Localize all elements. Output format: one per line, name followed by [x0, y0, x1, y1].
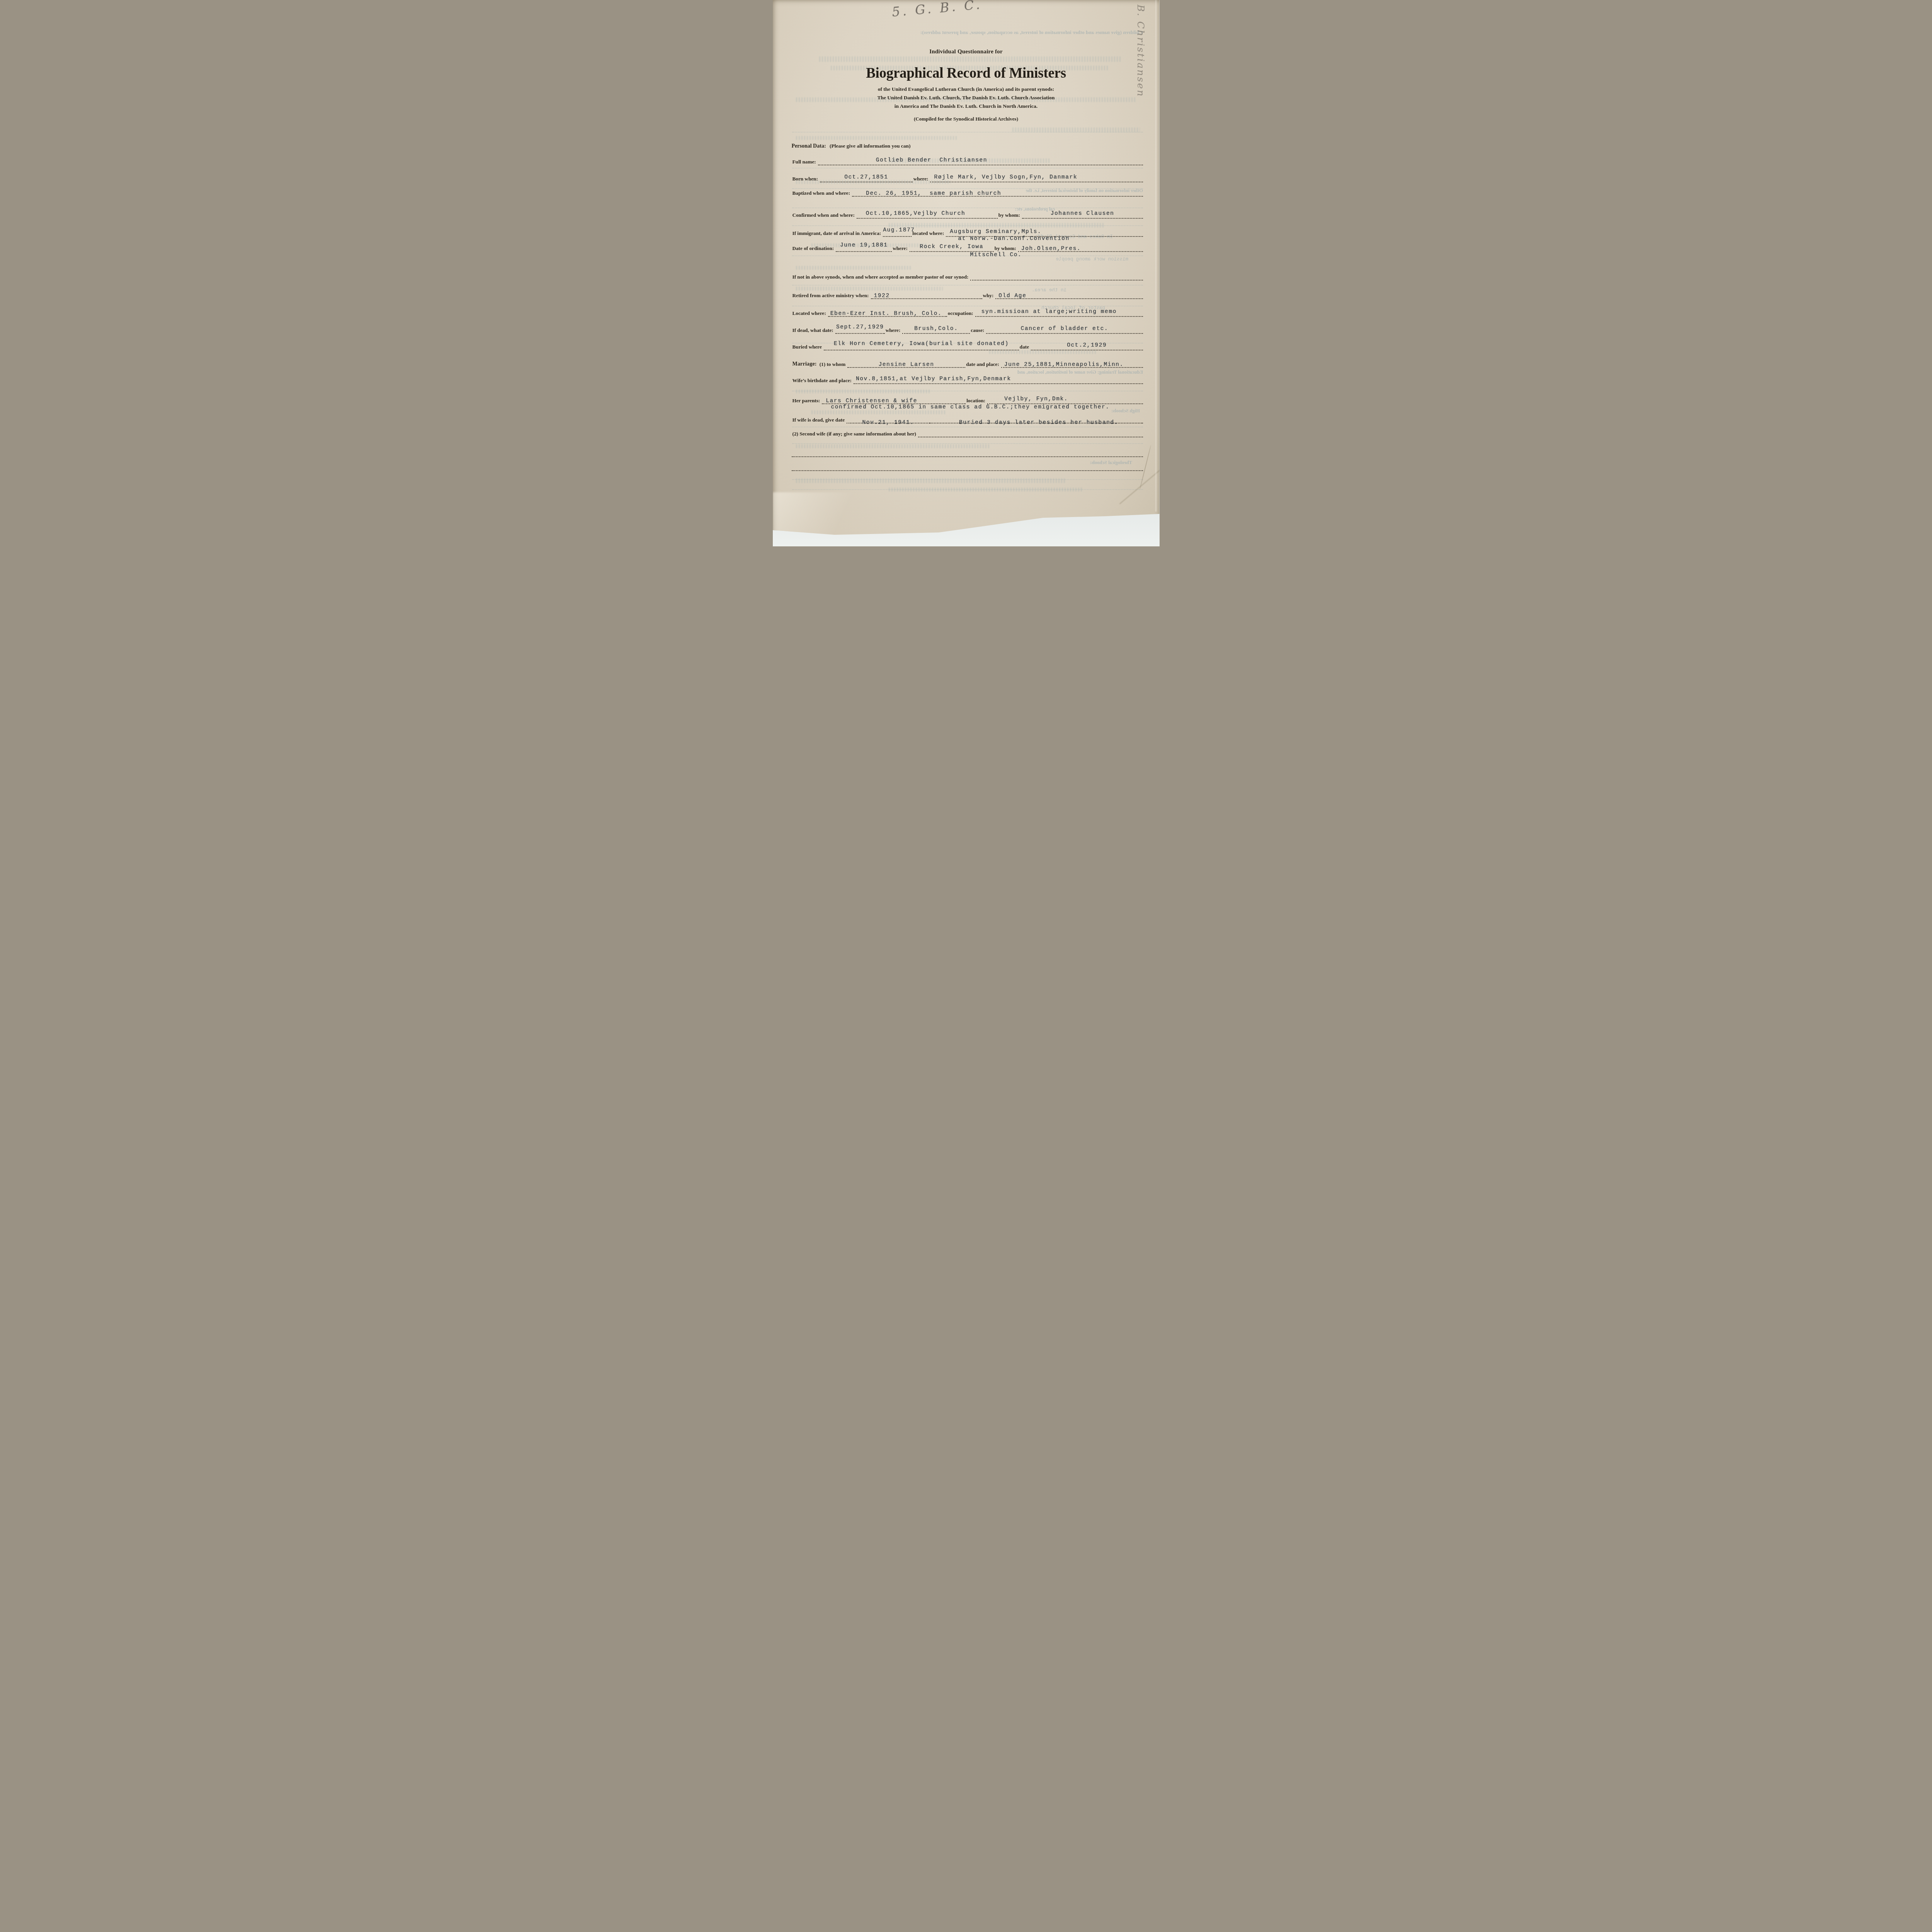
typed-answer: syn.missioan at large;writing memo — [975, 309, 1117, 315]
form-row-born: Born when:Oct.27,1851where:Røjle Mark, V… — [792, 175, 1143, 182]
dotted-leader: June 25,1881,Minneapolis,Minn. — [1001, 361, 1143, 368]
form-row-baptized: Baptized when and where:Dec. 26, 1951, s… — [792, 189, 1143, 197]
dotted-leader: 1922 — [871, 292, 982, 299]
field-label: Marriage: — [792, 361, 819, 368]
typed-answer: Nov.21, 1941. — [847, 420, 930, 426]
dotted-leader: Brush,Colo. — [902, 327, 970, 334]
dotted-leader: Joh.Olsen,Pres. — [1018, 245, 1143, 252]
typed-answer: June 19,1881 — [836, 242, 892, 248]
dotted-leader: Jensine Larsen — [847, 361, 965, 368]
field-label: Date of ordination: — [792, 245, 836, 252]
form-row-second-wife: (2) Second wife (if any; give same infor… — [792, 430, 1143, 437]
dotted-leader: Gotlieb Bender Christiansen — [818, 158, 1143, 165]
field-label: If immigrant, date of arrival in America… — [792, 230, 883, 237]
typed-answer: Oct.27,1851 — [820, 174, 913, 180]
form-row-ordination: Date of ordination:June 19,1881where:Roc… — [792, 244, 1143, 252]
field-label: cause: — [970, 327, 986, 334]
dotted-leader: Old Age — [995, 292, 1143, 299]
typed-answer: June 25,1881,Minneapolis,Minn. — [1001, 362, 1124, 368]
dotted-leader: Oct.10,1865,Vejlby Church — [857, 212, 998, 219]
field-label: by whom: — [994, 245, 1018, 252]
typed-answer: Oct.10,1865,Vejlby Church — [857, 211, 998, 217]
typed-answer: Sept.27,1929 — [835, 324, 885, 330]
typed-answer: Buried 3 days later besides her husband. — [930, 420, 1143, 426]
typed-answer-line-confirmed-class: confirmed Oct.10,1865 in same class ad G… — [831, 404, 1110, 410]
field-label: location: — [966, 397, 987, 404]
dotted-leader — [970, 274, 1143, 281]
typed-answer: Cancer of bladder etc. — [986, 326, 1143, 332]
typed-answer: Augsburg Seminary,Mpls. — [946, 229, 1143, 235]
field-label: where: — [892, 245, 910, 252]
field-label: date and place: — [965, 361, 1001, 368]
form-row-marriage: Marriage:(1) to whomJensine Larsendate a… — [792, 360, 1143, 368]
dotted-leader: Sept.27,1929 — [835, 327, 885, 334]
dotted-leader — [792, 464, 1143, 471]
field-label: Baptized when and where: — [792, 190, 852, 197]
typed-answer: Vejlby, Fyn,Dmk. — [987, 396, 1143, 402]
typed-answer: Rock Creek, Iowa — [910, 244, 994, 250]
scanned-document-page: Children (give names and other informati… — [773, 0, 1160, 546]
dotted-leader: Oct.2,1929 — [1031, 344, 1143, 350]
field-label: If dead, what date: — [792, 327, 835, 334]
field-label: by whom: — [998, 212, 1022, 219]
typed-answer: Oct.2,1929 — [1031, 342, 1143, 349]
field-label: Buried where — [792, 344, 824, 350]
dotted-leader: Johannes Clausen — [1022, 212, 1143, 219]
paper-sheet: Children (give names and other informati… — [773, 0, 1160, 546]
form-row-buried: Buried whereElk Horn Cemetery, Iowa(buri… — [792, 343, 1143, 350]
dotted-leader: Cancer of bladder etc. — [986, 327, 1143, 334]
form-row-wife-birth: Wife’s birthdate and place:Nov.8,1851,at… — [792, 376, 1143, 384]
field-label: Wife’s birthdate and place: — [792, 377, 854, 384]
field-label: Her parents: — [792, 397, 822, 404]
dotted-leader: Røjle Mark, Vejlby Sogn,Fyn, Danmark — [930, 175, 1143, 182]
form-row-parents: Her parents:Lars Christensen & wifelocat… — [792, 396, 1143, 404]
dotted-leader: Rock Creek, Iowa — [910, 245, 994, 252]
typed-answer: Elk Horn Cemetery, Iowa(burial site dona… — [824, 341, 1019, 347]
typed-answer: 1922 — [871, 293, 982, 299]
field-label: occupation: — [947, 310, 975, 317]
dotted-leader: Nov.21, 1941. — [847, 417, 930, 423]
field-label: Full name: — [792, 158, 818, 165]
field-label: If not in above synods, when and where a… — [792, 274, 971, 281]
field-label: why: — [982, 292, 996, 299]
typed-answer: Joh.Olsen,Pres. — [1018, 246, 1143, 252]
field-label: Located where: — [792, 310, 828, 317]
typed-answer: Røjle Mark, Vejlby Sogn,Fyn, Danmark — [930, 174, 1143, 180]
typed-answer: Old Age — [995, 293, 1143, 299]
typed-answer: Gotlieb Bender Christiansen — [818, 157, 1143, 163]
typed-answer: Aug.1877 — [883, 227, 912, 233]
typed-answer: Eben-Ezer Inst. Brush, Colo. — [828, 311, 947, 317]
typed-answer: Lars Christensen & wife — [822, 398, 966, 404]
field-label: where: — [913, 175, 930, 182]
typed-answer-line-norw-dan: at Norw.-Dan.Conf.Convention — [958, 236, 1070, 242]
dotted-leader: Dec. 26, 1951, same parish church — [852, 190, 1143, 197]
page-right-edge — [1155, 0, 1156, 512]
form-row-synod: If not in above synods, when and where a… — [792, 273, 1143, 281]
field-label: (2) Second wife (if any; give same infor… — [792, 430, 918, 437]
dotted-leader: Elk Horn Cemetery, Iowa(burial site dona… — [824, 344, 1019, 350]
dotted-leader: Lars Christensen & wife — [822, 397, 966, 404]
field-label: (1) to whom — [819, 361, 847, 368]
form-row-confirmed: Confirmed when and where:Oct.10,1865,Vej… — [792, 211, 1143, 219]
typed-answer: Brush,Colo. — [902, 326, 970, 332]
typed-answer: Jensine Larsen — [847, 362, 965, 368]
dotted-leader — [792, 450, 1143, 457]
typed-answer: Dec. 26, 1951, same parish church — [852, 190, 1143, 197]
field-label: where: — [885, 327, 903, 334]
form-row-blank-2 — [792, 463, 1143, 471]
field-label: Confirmed when and where: — [792, 212, 857, 219]
typed-answer: Nov.8,1851,at Vejlby Parish,Fyn,Denmark — [854, 376, 1143, 382]
field-label: Born when: — [792, 175, 820, 182]
typed-answer: Johannes Clausen — [1022, 211, 1143, 217]
dotted-leader: syn.missioan at large;writing memo — [975, 310, 1143, 317]
dotted-leader: Oct.27,1851 — [820, 175, 913, 182]
questionnaire-fields: Full name:Gotlieb Bender ChristiansenBor… — [792, 0, 1143, 546]
field-label: date — [1019, 344, 1031, 350]
dotted-leader — [918, 430, 1143, 437]
form-row-full-name: Full name:Gotlieb Bender Christiansen — [792, 158, 1143, 165]
field-label: located where: — [912, 230, 946, 237]
form-row-blank-1 — [792, 449, 1143, 457]
form-row-dead: If dead, what date:Sept.27,1929where:Bru… — [792, 326, 1143, 334]
form-row-retired: Retired from active ministry when:1922wh… — [792, 291, 1143, 299]
form-row-wife-dead: If wife is dead, give dateNov.21, 1941.B… — [792, 416, 1143, 423]
form-row-located: Located where:Eben-Ezer Inst. Brush, Col… — [792, 309, 1143, 317]
dotted-leader: June 19,1881 — [836, 245, 892, 252]
typed-answer-line-mitschell: Mitschell Co. — [970, 252, 1022, 258]
dotted-leader: Vejlby, Fyn,Dmk. — [987, 397, 1143, 404]
field-label: Retired from active ministry when: — [792, 292, 871, 299]
pencil-note-margin: 5 G. B. Christiansen — [1135, 0, 1146, 97]
dotted-leader: Buried 3 days later besides her husband. — [930, 417, 1143, 423]
dotted-leader: Nov.8,1851,at Vejlby Parish,Fyn,Denmark — [854, 377, 1143, 384]
dotted-leader: Eben-Ezer Inst. Brush, Colo. — [828, 310, 947, 317]
field-label: If wife is dead, give date — [792, 417, 847, 423]
dotted-leader: Aug.1877 — [883, 230, 912, 237]
